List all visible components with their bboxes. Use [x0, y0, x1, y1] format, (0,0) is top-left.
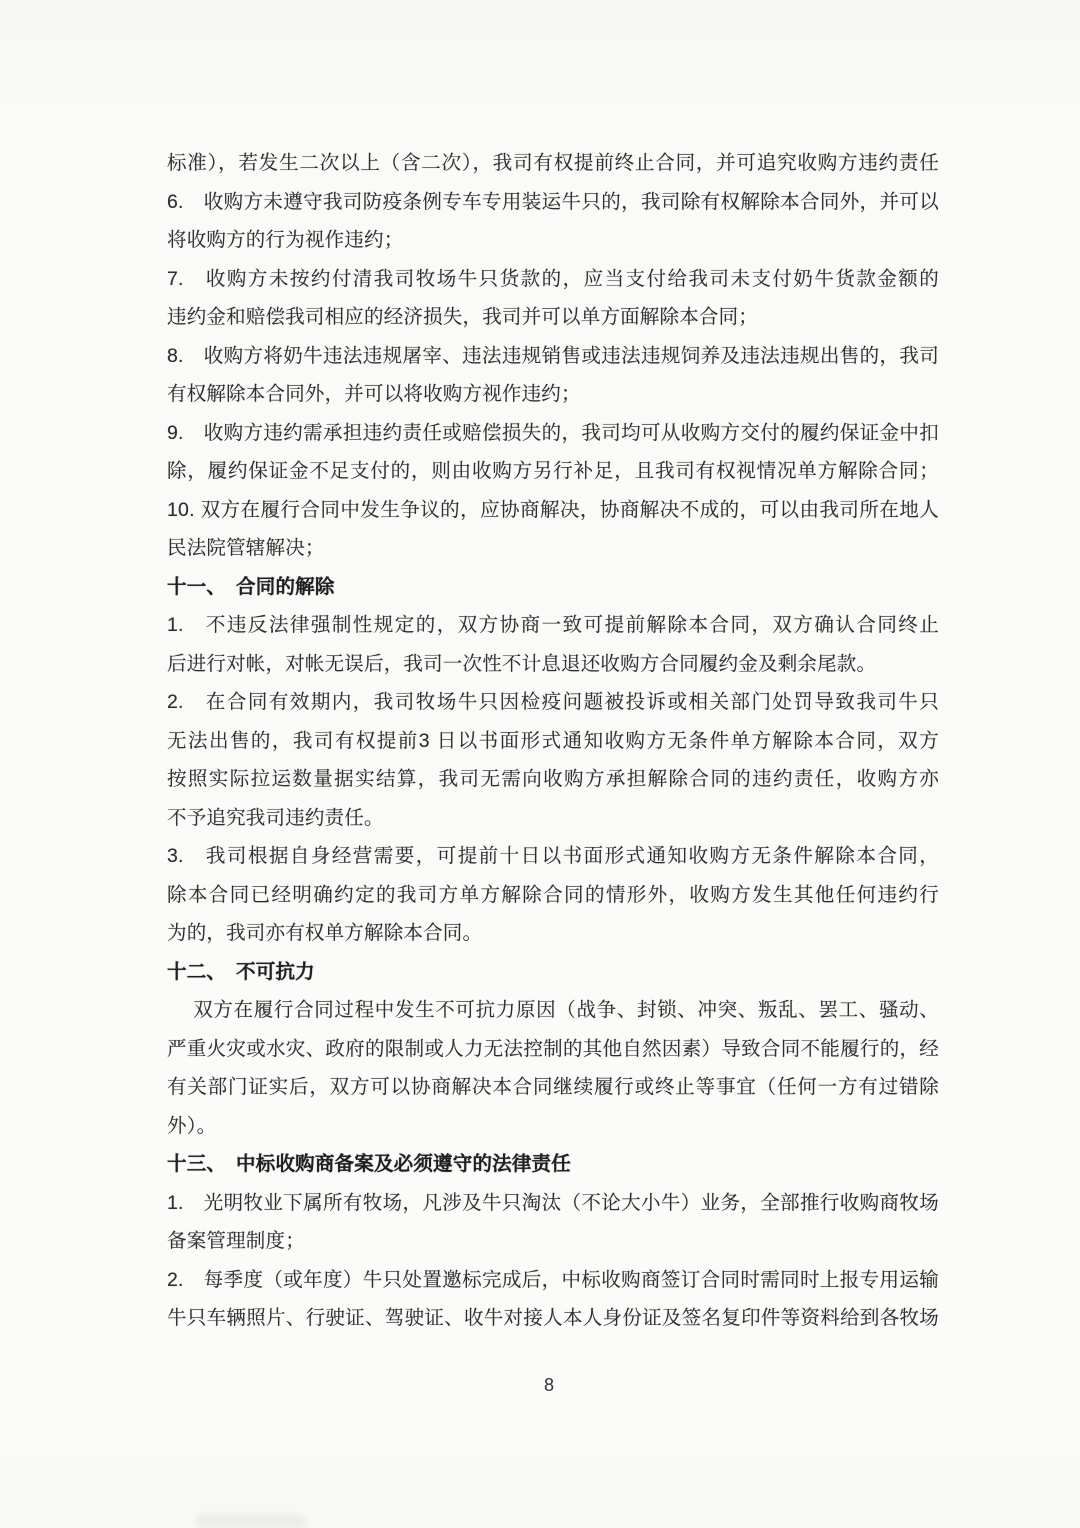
text-line: 备案管理制度； [167, 1222, 939, 1261]
text-line: 牛只车辆照片、行驶证、驾驶证、收牛对接人本人身份证及签名复印件等资料给到各牧场 [167, 1299, 939, 1338]
text-line: 按照实际拉运数量据实结算，我司无需向收购方承担解除合同的违约责任，收购方亦 [167, 760, 939, 799]
text-line: 7. 收购方未按约付清我司牧场牛只货款的，应当支付给我司未支付奶牛货款金额的 0… [167, 260, 939, 299]
page-content: 标准），若发生二次以上（含二次），我司有权提前终止合同，并可追究收购方违约责任6… [167, 144, 939, 1338]
text-line: 6. 收购方未遵守我司防疫条例专车专用装运牛只的，我司除有权解除本合同外，并可以 [167, 183, 939, 222]
text-line: 不予追究我司违约责任。 [167, 799, 939, 838]
text-line: 1. 光明牧业下属所有牧场，凡涉及牛只淘汰（不论大小牛）业务，全部推行收购商牧场 [167, 1184, 939, 1223]
text-line: 2. 每季度（或年度）牛只处置邀标完成后，中标收购商签订合同时需同时上报专用运输 [167, 1261, 939, 1300]
section-heading: 十二、 不可抗力 [167, 953, 939, 992]
text-line: 3. 我司根据自身经营需要，可提前十日以书面形式通知收购方无条件解除本合同， [167, 837, 939, 876]
text-line: 10. 双方在履行合同中发生争议的，应协商解决，协商解决不成的，可以由我司所在地… [167, 491, 939, 530]
section-heading: 十三、 中标收购商备案及必须遵守的法律责任 [167, 1145, 939, 1184]
text-line: 有权解除本合同外，并可以将收购方视作违约； [167, 375, 939, 414]
text-line: 严重火灾或水灾、政府的限制或人力无法控制的其他自然因素）导致合同不能履行的，经 [167, 1030, 939, 1069]
text-line: 标准），若发生二次以上（含二次），我司有权提前终止合同，并可追究收购方违约责任 [167, 144, 939, 183]
text-line: 2. 在合同有效期内，我司牧场牛只因检疫问题被投诉或相关部门处罚导致我司牛只 [167, 683, 939, 722]
text-line: 为的，我司亦有权单方解除本合同。 [167, 914, 939, 953]
text-line: 有关部门证实后，双方可以协商解决本合同继续履行或终止等事宜（任何一方有过错除 [167, 1068, 939, 1107]
document-page: { "page": { "number_label": "8", "backgr… [0, 0, 1080, 1528]
text-line: 除本合同已经明确约定的我司方单方解除合同的情形外，收购方发生其他任何违约行 [167, 876, 939, 915]
text-line: 1. 不违反法律强制性规定的，双方协商一致可提前解除本合同，双方确认合同终止 [167, 606, 939, 645]
text-line: 后进行对帐，对帐无误后，我司一次性不计息退还收购方合同履约金及剩余尾款。 [167, 645, 939, 684]
text-line: 双方在履行合同过程中发生不可抗力原因（战争、封锁、冲突、叛乱、罢工、骚动、 [167, 991, 939, 1030]
section-heading: 十一、 合同的解除 [167, 568, 939, 607]
text-line: 民法院管辖解决； [167, 529, 939, 568]
text-line: 9. 收购方违约需承担违约责任或赔偿损失的，我司均可从收购方交付的履约保证金中扣 [167, 414, 939, 453]
page-number: 8 [9, 1368, 1080, 1402]
text-line: 外）。 [167, 1107, 939, 1146]
text-line: 违约金和赔偿我司相应的经济损失，我司并可以单方面解除本合同； [167, 298, 939, 337]
text-line: 将收购方的行为视作违约； [167, 221, 939, 260]
text-line: 无法出售的，我司有权提前3 日以书面形式通知收购方无条件单方解除本合同，双方 [167, 722, 939, 761]
scan-artifact [196, 1515, 306, 1528]
text-line: 8. 收购方将奶牛违法违规屠宰、违法违规销售或违法违规饲养及违法违规出售的，我司 [167, 337, 939, 376]
text-line: 除，履约保证金不足支付的，则由收购方另行补足，且我司有权视情况单方解除合同； [167, 452, 939, 491]
